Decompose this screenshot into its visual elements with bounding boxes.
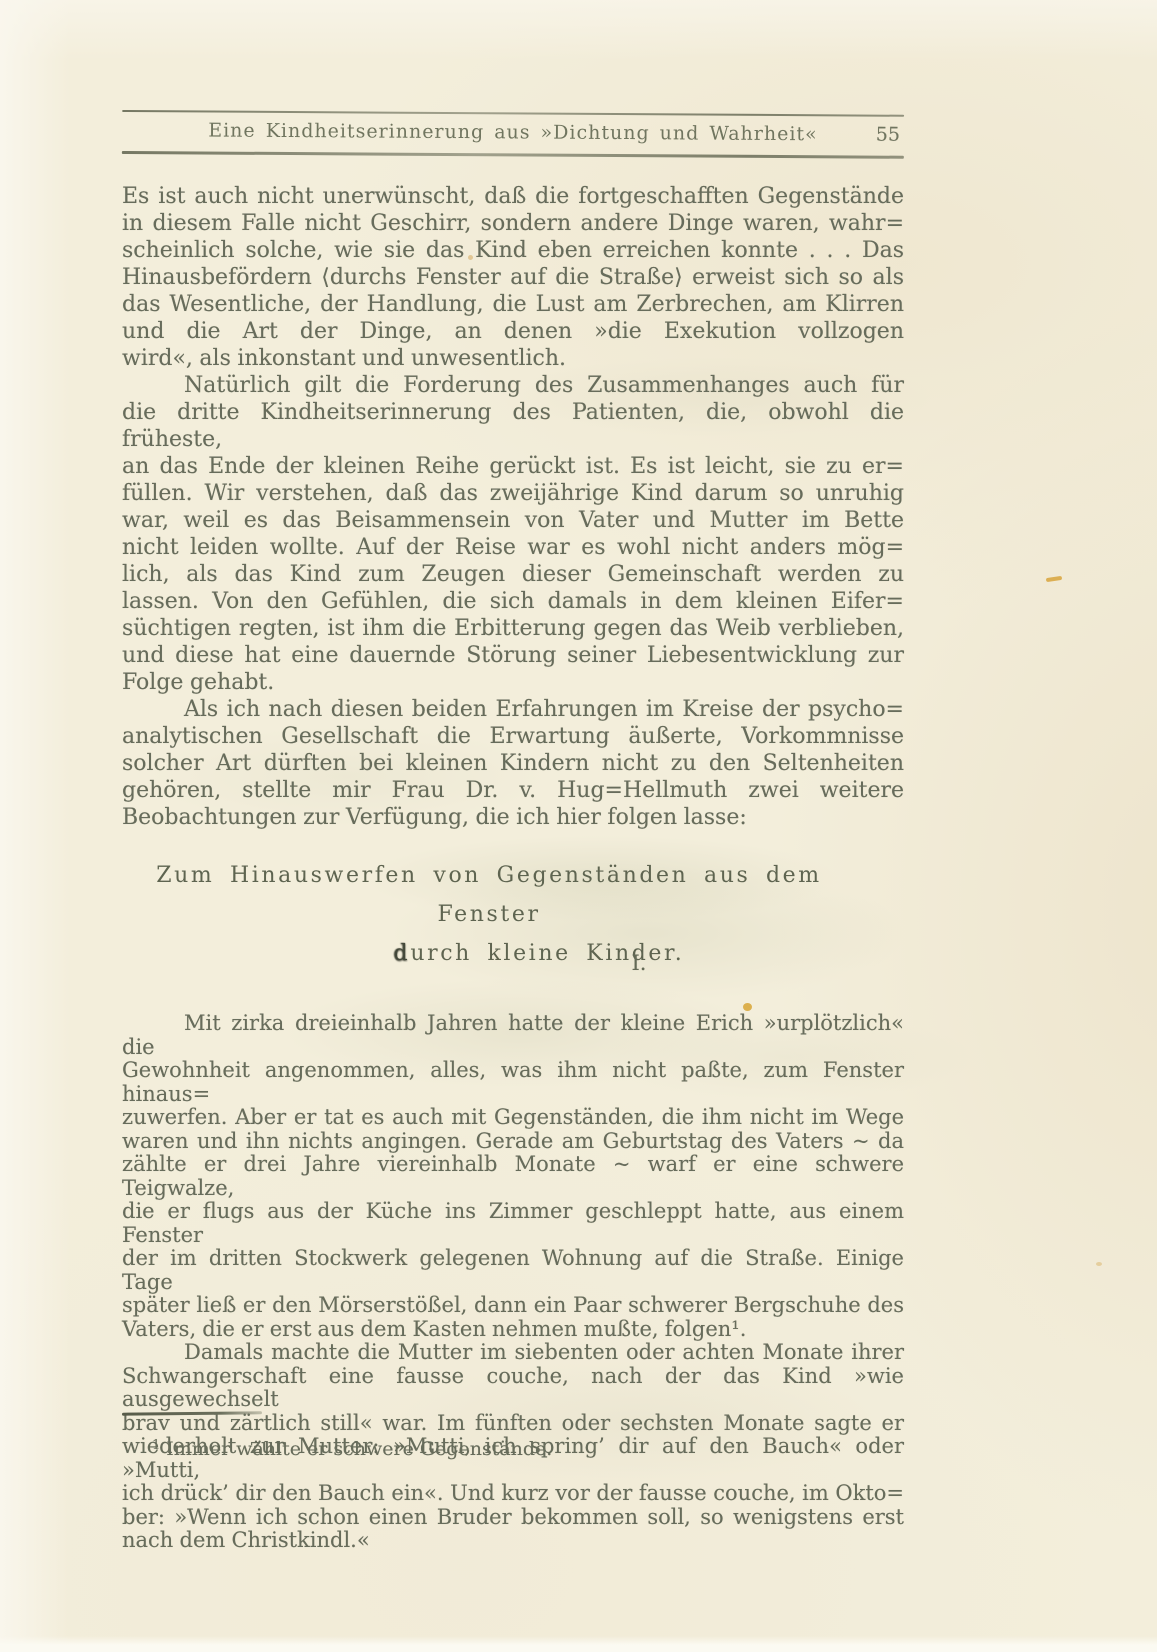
- scanned-book-page: Eine Kindheitserinnerung aus »Dichtung u…: [0, 0, 1157, 1652]
- body-top: Es ist auch nicht unerwünscht, daß die f…: [122, 183, 904, 831]
- text-line: Vaters, die er erst aus dem Kasten nehme…: [122, 1318, 904, 1342]
- paragraph: Es ist auch nicht unerwünscht, daß die f…: [122, 183, 904, 372]
- page-number: 55: [876, 124, 900, 146]
- text-line: lich, als das Kind zum Zeugen dieser Gem…: [122, 561, 904, 588]
- body-bottom: Mit zirka dreieinhalb Jahren hatte der k…: [122, 1012, 904, 1553]
- text-line: wird«, als inkonstant und unwesentlich.: [122, 345, 904, 372]
- text-line: und diese hat eine dauernde Störung sein…: [122, 642, 904, 669]
- header-rule-top: [122, 110, 904, 117]
- text-line: ber: »Wenn ich schon einen Bruder bekomm…: [122, 1506, 904, 1530]
- text-line: Folge gehabt.: [122, 669, 904, 696]
- text-line: in diesem Falle nicht Geschirr, sondern …: [122, 210, 904, 237]
- text-line: und die Art der Dinge, an denen »die Exe…: [122, 318, 904, 345]
- text-line: füllen. Wir verstehen, daß das zweijähri…: [122, 480, 904, 507]
- paragraph: Mit zirka dreieinhalb Jahren hatte der k…: [122, 1012, 904, 1341]
- text-line: gehören, stellte mir Frau Dr. v. Hug=Hel…: [122, 777, 904, 804]
- text-line: lassen. Von den Gefühlen, die sich damal…: [122, 588, 904, 615]
- text-line: solcher Art dürften bei kleinen Kindern …: [122, 750, 904, 777]
- text-line: Mit zirka dreieinhalb Jahren hatte der k…: [122, 1012, 904, 1059]
- text-line: Gewohnheit angenommen, alles, was ihm ni…: [122, 1059, 904, 1106]
- text-line: an das Ende der kleinen Reihe gerückt is…: [122, 453, 904, 480]
- text-line: Als ich nach diesen beiden Erfahrungen i…: [122, 696, 904, 723]
- header-row: Eine Kindheitserinnerung aus »Dichtung u…: [122, 119, 904, 150]
- text-line: scheinlich solche, wie sie das Kind eben…: [122, 237, 904, 264]
- text-line: zuwerfen. Aber er tat es auch mit Gegens…: [122, 1106, 904, 1130]
- page-header: Eine Kindheitserinnerung aus »Dichtung u…: [122, 110, 904, 159]
- section-heading-line1: Zum Hinauswerfen von Gegenständen aus de…: [98, 856, 880, 934]
- text-line: Es ist auch nicht unerwünscht, daß die f…: [122, 183, 904, 210]
- text-line: das Wesentliche, der Handlung, die Lust …: [122, 291, 904, 318]
- text-line: brav und zärtlich still« war. Im fünften…: [122, 1412, 904, 1436]
- text-line: analytischen Gesellschaft die Erwartung …: [122, 723, 904, 750]
- text-line: Natürlich gilt die Forderung des Zusamme…: [122, 372, 904, 399]
- running-title: Eine Kindheitserinnerung aus »Dichtung u…: [122, 119, 904, 146]
- ink-speck: [743, 1003, 752, 1011]
- text-line: Beobachtungen zur Verfügung, die ich hie…: [122, 804, 904, 831]
- header-rule-bottom: [122, 151, 904, 159]
- ink-speck: [1046, 576, 1062, 582]
- text-line: waren und ihn nichts angingen. Gerade am…: [122, 1130, 904, 1154]
- text-line: die dritte Kindheitserinnerung des Patie…: [122, 399, 904, 453]
- section-numeral: I.: [248, 950, 1030, 976]
- footnote: 1Immer wählte er schwere Gegenstände.: [122, 1434, 934, 1461]
- paragraph: Als ich nach diesen beiden Erfahrungen i…: [122, 696, 904, 831]
- paragraph: Natürlich gilt die Forderung des Zusamme…: [122, 372, 904, 696]
- text-line: Schwangerschaft eine fausse couche, nach…: [122, 1365, 904, 1412]
- text-line: der im dritten Stockwerk gelegenen Wohnu…: [122, 1247, 904, 1294]
- text-line: ich drück’ dir den Bauch ein«. Und kurz …: [122, 1482, 904, 1506]
- text-line: Hinausbefördern ⟨durchs Fenster auf die …: [122, 264, 904, 291]
- text-line: Damals machte die Mutter im siebenten od…: [122, 1341, 904, 1365]
- text-line: zählte er drei Jahre viereinhalb Monate …: [122, 1153, 904, 1200]
- text-line: später ließ er den Mörserstößel, dann ei…: [122, 1294, 904, 1318]
- ink-speck: [1096, 1262, 1102, 1266]
- text-line: nicht leiden wollte. Auf der Reise war e…: [122, 534, 904, 561]
- footnote-marker: 1: [152, 1438, 160, 1453]
- footnote-text: Immer wählte er schwere Gegenstände.: [166, 1438, 552, 1460]
- text-line: die er flugs aus der Küche ins Zimmer ge…: [122, 1200, 904, 1247]
- text-line: war, weil es das Beisammensein von Vater…: [122, 507, 904, 534]
- text-line: nach dem Christkindl.«: [122, 1529, 904, 1553]
- text-line: süchtigen regten, ist ihm die Erbitterun…: [122, 615, 904, 642]
